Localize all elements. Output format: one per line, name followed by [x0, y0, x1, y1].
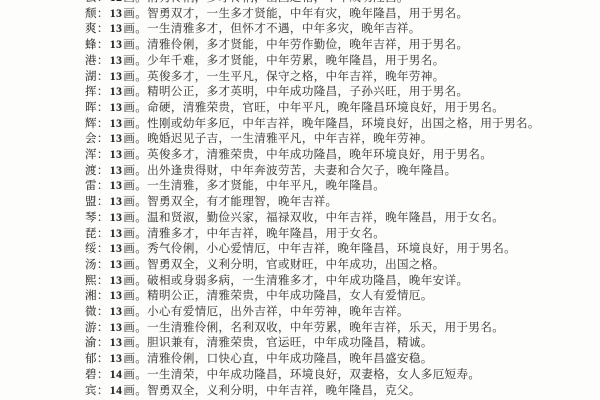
entry-stroke-unit: 画。 — [123, 259, 147, 271]
entry-description: 精明公正，清雅荣贵，中年成功隆昌，女人有爱情厄。 — [147, 290, 433, 302]
entry-separator: ： — [97, 71, 109, 83]
entry-character: 琴 — [85, 212, 97, 224]
entry-character: 渡 — [85, 165, 97, 177]
entry-character: 颓 — [85, 8, 97, 20]
entry-character: 辉 — [85, 118, 97, 130]
entry-description: 破相或身弱多病，一生清雅多才，中年成功隆昌，晚年安详。 — [147, 275, 468, 287]
list-entry: 宾：14画。智勇双全，义利分明，中年吉祥，晚年隆昌，克父。 — [85, 384, 600, 400]
entry-stroke-count: 13 — [109, 102, 124, 114]
entry-stroke-count: 13 — [109, 133, 124, 145]
entry-separator: ： — [97, 133, 109, 145]
list-entry: 渡：13画。出外逢贵得财，中年奔波劳苦，夫妻和合欠子，晚年隆昌。 — [85, 164, 600, 180]
entry-stroke-count: 13 — [109, 290, 124, 302]
list-entry: 云：12画。清秀伶俐，多才伶俐，出国之格，中年成功隆昌。 — [85, 0, 600, 7]
entry-stroke-count: 13 — [109, 149, 124, 161]
entry-description: 小心有爱情厄，出外吉祥，中年劳神，晚年吉祥。 — [147, 306, 409, 318]
list-entry: 熙：13画。破相或身弱多病，一生清雅多才，中年成功隆昌，晚年安详。 — [85, 274, 600, 290]
entry-stroke-count: 13 — [109, 71, 124, 83]
list-entry: 琵：13画。清雅多才，中年吉祥，晚年隆昌，用于女名。 — [85, 227, 600, 243]
entry-separator: ： — [97, 39, 109, 51]
entry-description: 智勇双全，义利分明，官或财旺，中年成功，出国之格。 — [147, 259, 445, 271]
list-entry: 琴：13画。温和贤淑，勤俭兴家，福禄双收，中年吉祥，晚年隆昌，用于女名。 — [85, 211, 600, 227]
entry-stroke-count: 13 — [109, 353, 124, 365]
entry-character: 碧 — [85, 369, 97, 381]
list-entry: 晖：13画。命硬，清雅荣贵，官旺，中年平凡，晚年隆昌环境良好，用于男名。 — [85, 101, 600, 117]
list-entry: 湖：13画。英俊多才，一生平凡，保守之格，中年吉祥，晚年劳神。 — [85, 70, 600, 86]
entry-stroke-count: 12 — [109, 0, 124, 4]
list-entry: 游：13画。一生清雅伶俐，名利双收，中年劳累，晚年吉祥，乐天，用于男名。 — [85, 321, 600, 337]
entry-separator: ： — [97, 0, 109, 4]
entry-stroke-unit: 画。 — [123, 8, 147, 20]
entry-separator: ： — [97, 165, 109, 177]
entry-separator: ： — [97, 259, 109, 271]
list-entry: 挥：13画。精明公正，多才英明，中年成功隆昌，子孙兴旺，用于男名。 — [85, 85, 600, 101]
entry-separator: ： — [97, 353, 109, 365]
list-entry: 会：13画。晚婚迟见子吉，一生清雅平凡，中年吉祥，晚年劳神。 — [85, 132, 600, 148]
entry-stroke-count: 13 — [109, 306, 124, 318]
entry-stroke-count: 13 — [109, 322, 124, 334]
list-entry: 渝：13画。胆识兼有，清雅荣贵，官运旺，中年成功隆昌，精诚。 — [85, 336, 600, 352]
list-entry: 雷：13画。一生清雅，多才贤能，中年平凡，晚年隆昌。 — [85, 179, 600, 195]
entry-stroke-count: 13 — [109, 55, 124, 67]
entry-description: 智勇双才，一生多才贤能，中年有灾，晚年隆昌，用于男名。 — [147, 8, 468, 20]
entry-stroke-count: 13 — [109, 165, 124, 177]
entry-stroke-unit: 画。 — [123, 196, 147, 208]
entry-separator: ： — [97, 180, 109, 192]
entry-description: 一生清雅多才，但怀才不遇，中年多灾，晚年吉祥。 — [147, 23, 421, 35]
entry-character: 港 — [85, 55, 97, 67]
entry-separator: ： — [97, 243, 109, 255]
list-entry: 辉：13画。性刚或幼年多厄，中年吉祥，晚年隆昌，环境良好，出国之格，用于男名。 — [85, 117, 600, 133]
entry-stroke-unit: 画。 — [123, 228, 147, 240]
entry-separator: ： — [97, 385, 109, 397]
entry-character: 绥 — [85, 243, 97, 255]
entry-stroke-unit: 画。 — [123, 322, 147, 334]
entry-description: 性刚或幼年多厄，中年吉祥，晚年隆昌，环境良好，出国之格，用于男名。 — [147, 118, 540, 130]
entry-character: 湖 — [85, 71, 97, 83]
entry-stroke-count: 13 — [109, 337, 124, 349]
entry-stroke-count: 14 — [109, 369, 124, 381]
entry-character: 挥 — [85, 86, 97, 98]
entry-stroke-count: 13 — [109, 39, 124, 51]
entry-stroke-unit: 画。 — [123, 86, 147, 98]
entry-separator: ： — [97, 306, 109, 318]
entry-stroke-unit: 画。 — [123, 180, 147, 192]
entry-stroke-count: 13 — [109, 23, 124, 35]
entry-stroke-unit: 画。 — [123, 149, 147, 161]
entry-character: 游 — [85, 322, 97, 334]
entry-stroke-count: 13 — [109, 118, 124, 130]
entry-list: 云：12画。清秀伶俐，多才伶俐，出国之格，中年成功隆昌。 颓：13画。智勇双才，… — [85, 0, 600, 399]
entry-stroke-unit: 画。 — [123, 55, 147, 67]
entry-character: 盟 — [85, 196, 97, 208]
entry-stroke-count: 13 — [109, 259, 124, 271]
entry-character: 爽 — [85, 23, 97, 35]
entry-stroke-count: 14 — [109, 385, 124, 397]
entry-stroke-count: 13 — [109, 228, 124, 240]
list-entry: 湘：13画。精明公正，清雅荣贵，中年成功隆昌，女人有爱情厄。 — [85, 289, 600, 305]
entry-separator: ： — [97, 275, 109, 287]
entry-separator: ： — [97, 86, 109, 98]
entry-character: 熙 — [85, 275, 97, 287]
entry-stroke-count: 13 — [109, 8, 124, 20]
entry-description: 一生清荣，中年成功隆昌，环境良好，双妻格，女人多厄短寿。 — [147, 369, 480, 381]
entry-description: 智勇双全，义利分明，中年吉祥，晚年隆昌，克父。 — [147, 385, 421, 397]
entry-stroke-count: 13 — [109, 86, 124, 98]
entry-description: 清雅伶俐，口快心直，中年成功隆昌，晚年昌盛安稳。 — [147, 353, 433, 365]
entry-description: 英俊多才，一生平凡，保守之格，中年吉祥，晚年劳神。 — [147, 71, 445, 83]
entry-description: 英俊多才，清雅荣贵，中年成功隆昌，晚年环境良好，用于男名。 — [147, 149, 492, 161]
entry-stroke-unit: 画。 — [123, 71, 147, 83]
list-entry: 郁：13画。清雅伶俐，口快心直，中年成功隆昌，晚年昌盛安稳。 — [85, 352, 600, 368]
entry-description: 命硬，清雅荣贵，官旺，中年平凡，晚年隆昌环境良好，用于男名。 — [147, 102, 504, 114]
entry-stroke-unit: 画。 — [123, 118, 147, 130]
list-entry: 爽：13画。一生清雅多才，但怀才不遇，中年多灾，晚年吉祥。 — [85, 22, 600, 38]
list-entry: 盟：13画。智勇双全，有才能理智，晚年吉祥。 — [85, 195, 600, 211]
entry-description: 出外逢贵得财，中年奔波劳苦，夫妻和合欠子，晚年隆昌。 — [147, 165, 456, 177]
entry-separator: ： — [97, 290, 109, 302]
entry-character: 郁 — [85, 353, 97, 365]
entry-stroke-unit: 画。 — [123, 353, 147, 365]
entry-character: 晖 — [85, 102, 97, 114]
entry-character: 湘 — [85, 290, 97, 302]
list-entry: 微：13画。小心有爱情厄，出外吉祥，中年劳神，晚年吉祥。 — [85, 305, 600, 321]
entry-description: 晚婚迟见子吉，一生清雅平凡，中年吉祥，晚年劳神。 — [147, 133, 433, 145]
entry-stroke-unit: 画。 — [123, 385, 147, 397]
entry-separator: ： — [97, 55, 109, 67]
list-entry: 蜂：13画。清雅伶俐，多才贤能，中年劳作勤俭，晚年吉祥，用于男名。 — [85, 38, 600, 54]
entry-character: 蜂 — [85, 39, 97, 51]
entry-character: 渝 — [85, 337, 97, 349]
entry-stroke-unit: 画。 — [123, 0, 147, 4]
entry-separator: ： — [97, 8, 109, 20]
entry-description: 一生清雅，多才贤能，中年平凡，晚年隆昌。 — [147, 180, 385, 192]
entry-stroke-count: 13 — [109, 212, 124, 224]
list-entry: 碧：14画。一生清荣，中年成功隆昌，环境良好，双妻格，女人多厄短寿。 — [85, 368, 600, 384]
entry-description: 智勇双全，有才能理智，晚年吉祥。 — [147, 196, 337, 208]
entry-separator: ： — [97, 196, 109, 208]
entry-separator: ： — [97, 149, 109, 161]
entry-stroke-unit: 画。 — [123, 165, 147, 177]
entry-stroke-unit: 画。 — [123, 39, 147, 51]
entry-stroke-unit: 画。 — [123, 243, 147, 255]
list-entry: 绥：13画。秀气伶俐，小心爱情厄，中年吉祥，晚年隆昌，环境良好，用于男名。 — [85, 242, 600, 258]
entry-description: 秀气伶俐，小心爱情厄，中年吉祥，晚年隆昌，环境良好，用于男名。 — [147, 243, 516, 255]
list-entry: 汤：13画。智勇双全，义利分明，官或财旺，中年成功，出国之格。 — [85, 258, 600, 274]
entry-description: 胆识兼有，清雅荣贵，官运旺，中年成功隆昌，精诚。 — [147, 337, 433, 349]
entry-description: 清秀伶俐，多才伶俐，出国之格，中年成功隆昌。 — [147, 0, 409, 4]
entry-character: 宾 — [85, 385, 97, 397]
list-entry: 浑：13画。英俊多才，清雅荣贵，中年成功隆昌，晚年环境良好，用于男名。 — [85, 148, 600, 164]
entry-stroke-unit: 画。 — [123, 306, 147, 318]
entry-description: 清雅伶俐，多才贤能，中年劳作勤俭，晚年吉祥，用于男名。 — [147, 39, 468, 51]
entry-stroke-unit: 画。 — [123, 102, 147, 114]
entry-stroke-count: 13 — [109, 275, 124, 287]
entry-separator: ： — [97, 102, 109, 114]
entry-character: 琵 — [85, 228, 97, 240]
entry-character: 微 — [85, 306, 97, 318]
entry-stroke-count: 13 — [109, 243, 124, 255]
entry-separator: ： — [97, 23, 109, 35]
entry-description: 一生清雅伶俐，名利双收，中年劳累，晚年吉祥，乐天，用于男名。 — [147, 322, 504, 334]
entry-description: 清雅多才，中年吉祥，晚年隆昌，用于女名。 — [147, 228, 385, 240]
entry-stroke-count: 13 — [109, 180, 124, 192]
entry-description: 少年千难，多才贤能，中年劳累，晚年隆昌，用于男名。 — [147, 55, 445, 67]
entry-stroke-unit: 画。 — [123, 133, 147, 145]
entry-stroke-count: 13 — [109, 196, 124, 208]
entry-description: 温和贤淑，勤俭兴家，福禄双收，中年吉祥，晚年隆昌，用于女名。 — [147, 212, 504, 224]
entry-stroke-unit: 画。 — [123, 212, 147, 224]
list-entry: 颓：13画。智勇双才，一生多才贤能，中年有灾，晚年隆昌，用于男名。 — [85, 7, 600, 23]
entry-separator: ： — [97, 228, 109, 240]
entry-stroke-unit: 画。 — [123, 369, 147, 381]
entry-separator: ： — [97, 322, 109, 334]
entry-separator: ： — [97, 118, 109, 130]
entry-stroke-unit: 画。 — [123, 290, 147, 302]
dictionary-page: 云：12画。清秀伶俐，多才伶俐，出国之格，中年成功隆昌。 颓：13画。智勇双才，… — [0, 0, 600, 400]
entry-character: 会 — [85, 133, 97, 145]
entry-character: 雷 — [85, 180, 97, 192]
entry-stroke-unit: 画。 — [123, 337, 147, 349]
entry-stroke-unit: 画。 — [123, 23, 147, 35]
entry-character: 浑 — [85, 149, 97, 161]
entry-separator: ： — [97, 337, 109, 349]
entry-stroke-unit: 画。 — [123, 275, 147, 287]
entry-character: 云 — [85, 0, 97, 4]
entry-description: 精明公正，多才英明，中年成功隆昌，子孙兴旺，用于男名。 — [147, 86, 468, 98]
entry-character: 汤 — [85, 259, 97, 271]
list-entry: 港：13画。少年千难，多才贤能，中年劳累，晚年隆昌，用于男名。 — [85, 54, 600, 70]
entry-separator: ： — [97, 369, 109, 381]
entry-separator: ： — [97, 212, 109, 224]
